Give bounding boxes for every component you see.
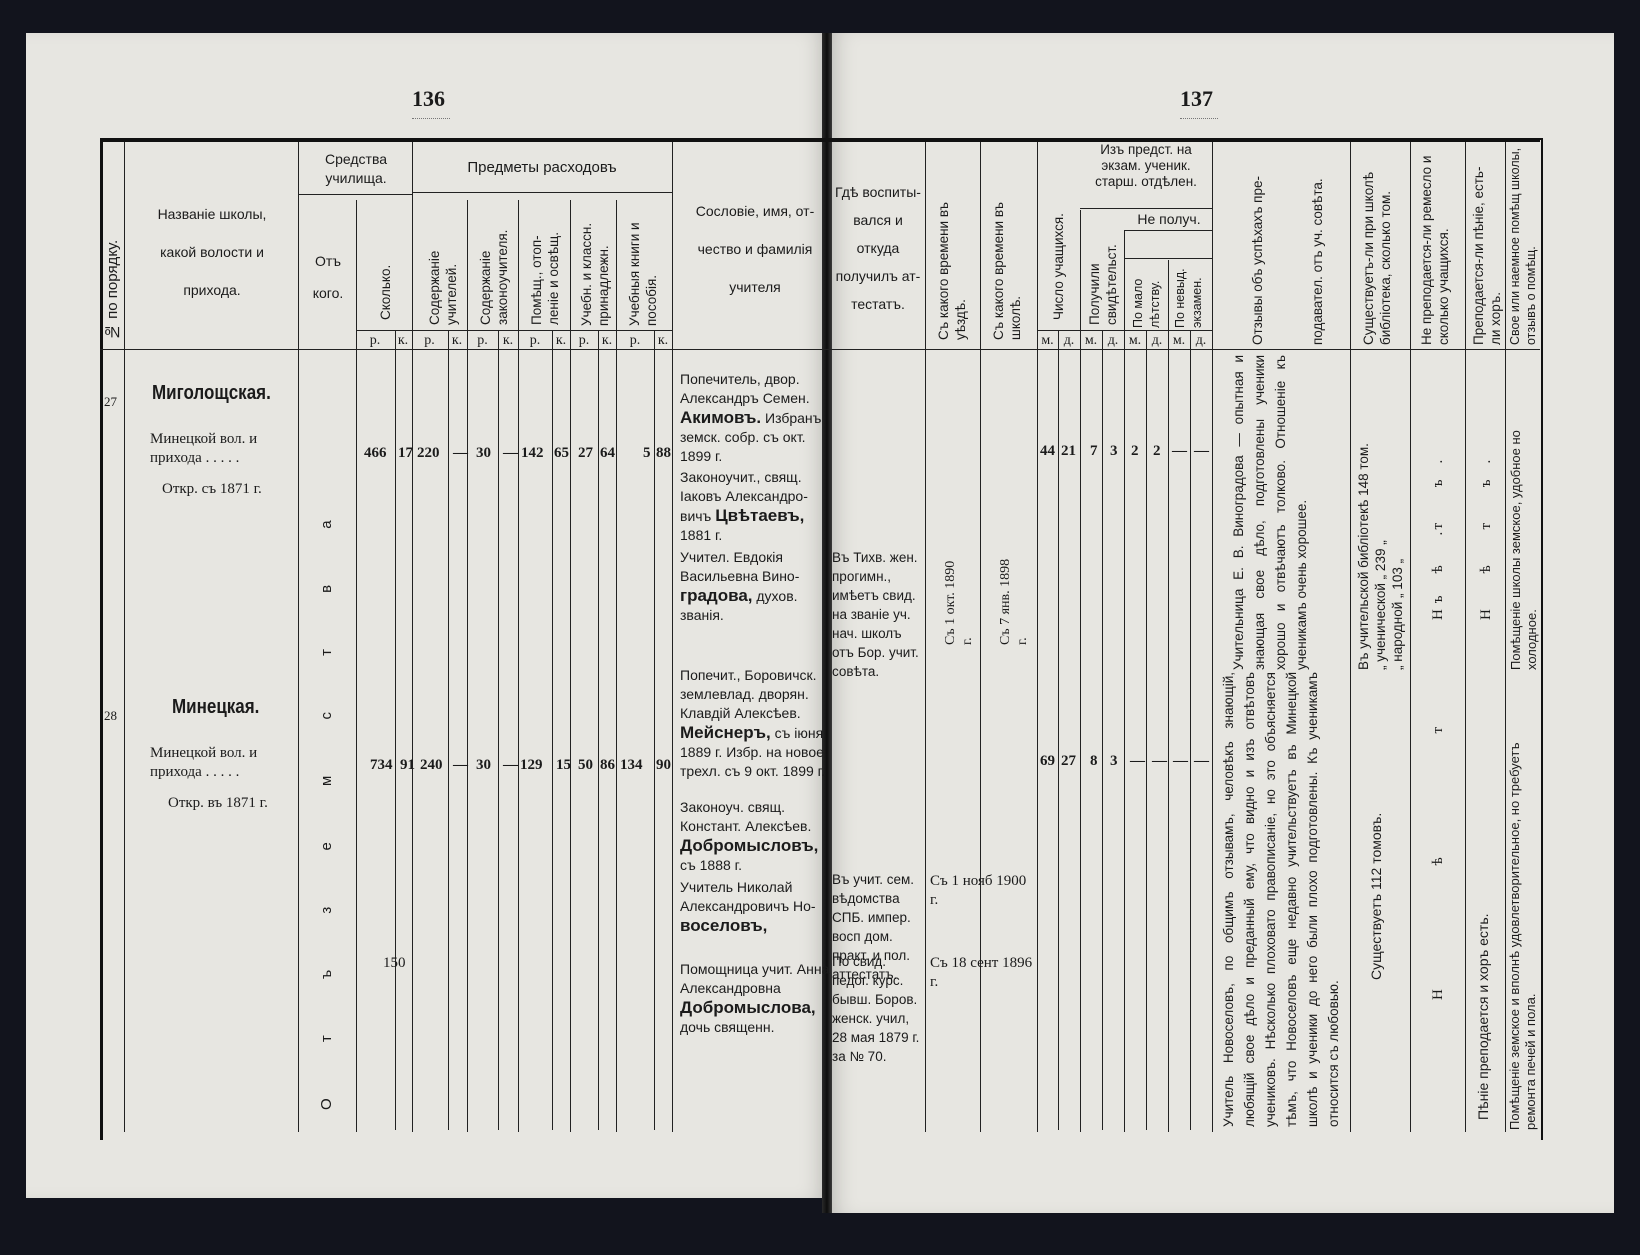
header-exp-premises: Помѣщ., отоп- леніе и освѣщ. bbox=[528, 200, 564, 325]
md-label: м. bbox=[1080, 331, 1102, 350]
row-28-premises: Помѣщеніе земское и вполнѣ удовлетворите… bbox=[1507, 720, 1539, 1130]
rk-label: р. bbox=[412, 331, 447, 350]
row-28-opened: Откр. въ 1871 г. bbox=[168, 794, 268, 813]
header-educated-line: вался и откуда bbox=[832, 206, 924, 262]
row-27-law-r: 30 bbox=[476, 445, 491, 462]
staff-text: дочь священн. bbox=[680, 1019, 775, 1035]
header-school-name-line: прихода. bbox=[132, 271, 292, 309]
md-label: д. bbox=[1190, 331, 1212, 350]
row-28-review: Учитель Новоселовъ, по общимъ отзывамъ, … bbox=[1218, 672, 1346, 1127]
header-bottom-rule bbox=[100, 349, 1540, 350]
row-27-supplies-r: 27 bbox=[578, 445, 593, 462]
header-means-from: Отъ кого. bbox=[300, 245, 356, 309]
staff-text: Законоуч. свящ. Констант. Алексѣев. bbox=[680, 799, 811, 834]
row-27-books-r: 5 bbox=[643, 445, 651, 462]
staff-text: Попечитель, двор. Александръ Семен. bbox=[680, 371, 810, 406]
header-teacher: Сословіе, имя, от- чество и фамилія учит… bbox=[680, 192, 830, 306]
row-28-premises-r: 129 bbox=[520, 757, 543, 774]
header-no: № по порядку. bbox=[104, 160, 121, 340]
row-28-crafts: Н ѣ т ъ. bbox=[1430, 760, 1447, 1000]
row-27-no: 27 bbox=[104, 392, 117, 411]
rk-label: к. bbox=[552, 331, 570, 350]
header-means-amount: Сколько. bbox=[377, 240, 394, 320]
row-27-age-d: 2 bbox=[1153, 443, 1161, 460]
row-28-since-district-1: Съ 1 нояб 1900 г. bbox=[930, 872, 1035, 910]
header-singing: Преподается-ли пѣніе, есть-ли хоръ. bbox=[1470, 165, 1504, 345]
header-teacher-line: учителя bbox=[680, 268, 830, 306]
row-27-age-m: 2 bbox=[1131, 443, 1139, 460]
header-educated-line: Гдѣ воспиты- bbox=[832, 178, 924, 206]
header-school-name-line: Названіе школы, bbox=[132, 195, 292, 233]
rk-label: р. bbox=[518, 331, 552, 350]
staff-name: Добромысловъ, bbox=[680, 836, 818, 855]
md-label: д. bbox=[1102, 331, 1124, 350]
row-28-extra-amount: 150 bbox=[383, 955, 406, 972]
header-by-exam: По невыд. экзамен. bbox=[1172, 262, 1208, 328]
staff-text: Учител. Евдокія Васильевна Вино- bbox=[680, 549, 799, 584]
row-28-teachers-r: 240 bbox=[420, 757, 443, 774]
staff-text: Попечит., Боровичск. землевлад. дворян. … bbox=[680, 667, 817, 721]
library-line: „ ученической „ 239 „ bbox=[1372, 370, 1389, 670]
row-27-received-m: 7 bbox=[1090, 443, 1098, 460]
row-28-premises-k: 15 bbox=[556, 757, 571, 774]
rk-label: р. bbox=[616, 331, 654, 350]
row-27-teachers-r: 220 bbox=[417, 445, 440, 462]
row-27-parish: Минецкой вол. и прихода . . . . . bbox=[150, 430, 290, 468]
row-28-law-k: — bbox=[503, 757, 518, 774]
row-28-staff-trustee: Попечит., Боровичск. землевлад. дворян. … bbox=[680, 666, 830, 781]
row-27-opened: Откр. съ 1871 г. bbox=[162, 480, 262, 499]
md-label: м. bbox=[1124, 331, 1146, 350]
row-28-no: 28 bbox=[104, 706, 117, 725]
header-educated: Гдѣ воспиты- вался и откуда получилъ ат-… bbox=[832, 178, 924, 318]
row-27-amount-r: 466 bbox=[364, 445, 387, 462]
header-pupils: Число учащихся. bbox=[1050, 180, 1067, 320]
row-27-staff-law: Законоучит., свящ. Іаковъ Александро- ви… bbox=[680, 468, 830, 545]
table-top-rule bbox=[100, 140, 1540, 142]
row-28-school-name: Минецкая. bbox=[172, 698, 259, 717]
row-28-exam-d: — bbox=[1194, 753, 1209, 770]
row-28-staff-law: Законоуч. свящ. Констант. Алексѣев. Добр… bbox=[680, 798, 830, 875]
row-27-since-district: Съ 1 окт. 1890 г. bbox=[942, 555, 976, 645]
header-teacher-line: Сословіе, имя, от- bbox=[680, 192, 830, 230]
rk-label: к. bbox=[654, 331, 672, 350]
header-not-received: Не получ. bbox=[1126, 210, 1212, 229]
staff-name: Мейснеръ, bbox=[680, 723, 771, 742]
row-27-pupils-m: 44 bbox=[1040, 443, 1055, 460]
header-means-title: Средства училища. bbox=[300, 150, 412, 188]
staff-name: Цвѣтаевъ, bbox=[715, 506, 804, 525]
row-27-received-d: 3 bbox=[1110, 443, 1118, 460]
row-27-staff-trustee: Попечитель, двор. Александръ Семен. Аким… bbox=[680, 370, 830, 466]
header-exp-books: Учебныя книги и пособія. bbox=[626, 196, 662, 326]
row-28-amount-k: 91 bbox=[400, 757, 415, 774]
row-28-age-m: — bbox=[1130, 753, 1145, 770]
row-28-supplies-k: 86 bbox=[600, 757, 615, 774]
row-28-singing: Пѣніе преподается и хоръ есть. bbox=[1475, 760, 1492, 1120]
header-exp-law: Содержаніе законоучителя. bbox=[477, 200, 513, 325]
row-28-assistant-educated: По свид. педог. курс. бывш. Боров. женск… bbox=[832, 952, 924, 1066]
rk-label: р. bbox=[570, 331, 598, 350]
header-premises: Свое или наемное помѣщ школы, отзывъ о п… bbox=[1507, 145, 1539, 345]
header-expenses-title: Предметы расходовъ bbox=[412, 158, 672, 177]
row-27-since-school: Съ 7 янв. 1898 г. bbox=[997, 555, 1031, 645]
staff-name: Добромыслова, bbox=[680, 998, 816, 1017]
row-28-received-m: 8 bbox=[1090, 753, 1098, 770]
row-28-amount-r: 734 bbox=[370, 757, 393, 774]
row-27-exam-d: — bbox=[1194, 443, 1209, 460]
staff-name: Акимовъ. bbox=[680, 408, 761, 427]
means-from-zemstvo: О т ъ з е м с т в а bbox=[318, 430, 335, 1110]
header-rub-kop-row: р. к. р. к. р. к. р. к. р. к. р. к. bbox=[356, 331, 672, 350]
header-educated-line: тестатъ. bbox=[832, 290, 924, 318]
row-28-staff-assistant: Помощница учит. Анна Александровна Добро… bbox=[680, 960, 830, 1037]
row-28-parish: Минецкой вол. и прихода . . . . . bbox=[150, 744, 290, 782]
row-28-teachers-k: — bbox=[453, 757, 468, 774]
header-means-from-line: Отъ bbox=[300, 245, 356, 277]
header-reviews: Отзывы объ успѣхахъ пре- подавател. отъ … bbox=[1228, 145, 1338, 345]
rk-label: р. bbox=[356, 331, 394, 350]
header-received: Получили свидѣтельст. bbox=[1086, 215, 1122, 325]
row-28-staff-teacher: Учитель Николай Александровичъ Но- восел… bbox=[680, 878, 830, 936]
staff-text: 1881 г. bbox=[680, 527, 722, 543]
rk-label: к. bbox=[394, 331, 412, 350]
header-exp-supplies: Учебн. и классн. принадлежн. bbox=[578, 196, 614, 326]
row-27-teachers-k: — bbox=[453, 445, 468, 462]
rk-label: к. bbox=[598, 331, 616, 350]
row-28-books-r: 134 bbox=[620, 757, 643, 774]
library-line: „ народной „ 103 „ bbox=[1389, 370, 1406, 670]
row-27-review: Учительница Е. В. Виноградова — опытная … bbox=[1228, 355, 1343, 670]
row-28-books-k: 90 bbox=[656, 757, 671, 774]
md-label: д. bbox=[1058, 331, 1080, 350]
row-27-staff-teacher: Учител. Евдокія Васильевна Вино- градова… bbox=[680, 548, 830, 625]
md-label: д. bbox=[1146, 331, 1168, 350]
row-28-exam-m: — bbox=[1173, 753, 1188, 770]
staff-name: градова, bbox=[680, 586, 753, 605]
row-27-premises-r: 142 bbox=[521, 445, 544, 462]
row-27-pupils-d: 21 bbox=[1061, 443, 1076, 460]
row-28-received-d: 3 bbox=[1110, 753, 1118, 770]
row-27-premises-k: 65 bbox=[554, 445, 569, 462]
row-27-amount-k: 17 bbox=[398, 445, 413, 462]
header-exp-teachers: Содержаніе учителей. bbox=[426, 210, 462, 325]
header-means-from-line: кого. bbox=[300, 277, 356, 309]
header-school-name-line: какой волости и bbox=[132, 233, 292, 271]
page-number-right: 137 bbox=[1180, 86, 1218, 119]
header-library: Существуетъ-ли при школѣ библіотека, ско… bbox=[1360, 145, 1402, 345]
row-28-pupils-d: 27 bbox=[1061, 753, 1076, 770]
rk-label: к. bbox=[447, 331, 467, 350]
header-school-name: Названіе школы, какой волости и прихода. bbox=[132, 195, 292, 309]
header-teacher-line: чество и фамилія bbox=[680, 230, 830, 268]
md-label: м. bbox=[1037, 331, 1058, 350]
row-28-supplies-r: 50 bbox=[578, 757, 593, 774]
row-28-library: Существуетъ 112 томовъ. bbox=[1368, 780, 1385, 980]
row-28-law-r: 30 bbox=[476, 757, 491, 774]
staff-text: Учитель Николай Александровичъ Но- bbox=[680, 879, 816, 914]
row-27-law-k: — bbox=[503, 445, 518, 462]
header-since-district: Съ какого времени въ уѣздѣ. bbox=[935, 190, 975, 340]
row-27-school-name: Миголощская. bbox=[152, 384, 271, 403]
md-label: м. bbox=[1168, 331, 1190, 350]
header-exam-title: Изъ предст. на экзам. ученик. старш. отд… bbox=[1080, 142, 1212, 190]
staff-text: Помощница учит. Анна Александровна bbox=[680, 961, 829, 996]
header-crafts: Не преподается-ли ремесло и сколько учащ… bbox=[1418, 145, 1460, 345]
rk-label: к. bbox=[498, 331, 518, 350]
header-md-row: м. д. м. д. м. д. м. д. bbox=[1037, 331, 1212, 350]
row-27-singing: Н ѣ т ъ. bbox=[1478, 500, 1495, 620]
row-28-since-district-2: Съ 18 сент 1896 г. bbox=[930, 954, 1035, 992]
row-27-library: Въ учительской библіотекѣ 148 том. „ уче… bbox=[1355, 370, 1407, 670]
header-by-age: По мало лѣтству. bbox=[1130, 262, 1166, 328]
header-educated-line: получилъ ат- bbox=[832, 262, 924, 290]
rk-label: р. bbox=[467, 331, 498, 350]
row-27-premises: Помѣщеніе школы земское, удобное но холо… bbox=[1508, 370, 1540, 670]
row-27-educated: Въ Тихв. жен. прогимн., имѣетъ свид. на … bbox=[832, 548, 924, 681]
row-28-pupils-m: 69 bbox=[1040, 753, 1055, 770]
staff-text: съ 1888 г. bbox=[680, 857, 742, 873]
staff-name: воселовъ, bbox=[680, 916, 767, 935]
page-number-left: 136 bbox=[412, 86, 450, 119]
row-28-age-d: — bbox=[1152, 753, 1167, 770]
library-line: Въ учительской библіотекѣ 148 том. bbox=[1355, 370, 1372, 670]
row-27-supplies-k: 64 bbox=[600, 445, 615, 462]
row-27-exam-m: — bbox=[1172, 443, 1187, 460]
header-since-school: Съ какого времени въ школѣ. bbox=[990, 190, 1030, 340]
row-27-books-k: 88 bbox=[656, 445, 671, 462]
